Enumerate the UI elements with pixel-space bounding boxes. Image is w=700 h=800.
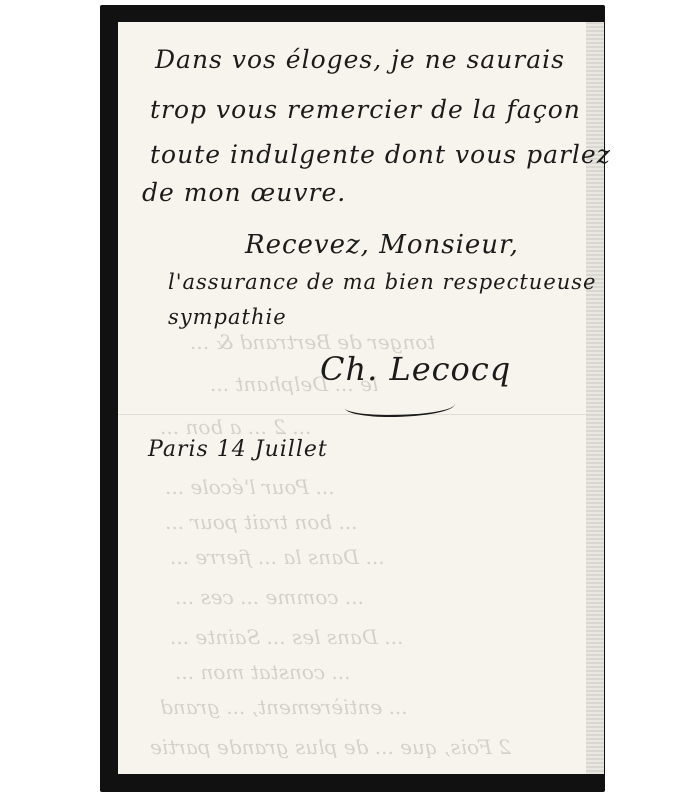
letter-line: toute indulgente dont vous parlez — [150, 140, 611, 169]
bleed-through-line: ... Pour l'école ... — [165, 475, 335, 499]
bleed-through-line: ... Dans les ... Sainte ... — [170, 625, 403, 649]
paper-edge-stack — [586, 22, 604, 774]
bleed-through-line: ... constat mon ... — [175, 660, 351, 684]
bleed-through-line: ... bon trait pour ... — [165, 510, 358, 534]
bleed-through-line: 2 Fois, que ... de plus grande partie — [150, 735, 511, 759]
bleed-through-line: ... comme ... ces ... — [175, 585, 364, 609]
letter-line: trop vous remercier de la façon — [150, 95, 581, 124]
letter-line: Dans vos éloges, je ne saurais — [155, 45, 565, 74]
closing-line: sympathie — [168, 305, 287, 329]
bleed-through-line: ... 2 ... a bon ... — [160, 415, 311, 439]
bleed-through-line: ... Dans la ... fierre ... — [170, 545, 385, 569]
closing-line: l'assurance de ma bien respectueuse — [168, 270, 596, 294]
bleed-through-line: ... entièrement, ... grand — [160, 695, 408, 719]
closing-salutation: Recevez, Monsieur, — [245, 230, 519, 260]
place-date: Paris 14 Juillet — [148, 437, 328, 462]
letter-line: de mon œuvre. — [142, 178, 346, 207]
signature: Ch. Lecocq — [320, 350, 511, 388]
